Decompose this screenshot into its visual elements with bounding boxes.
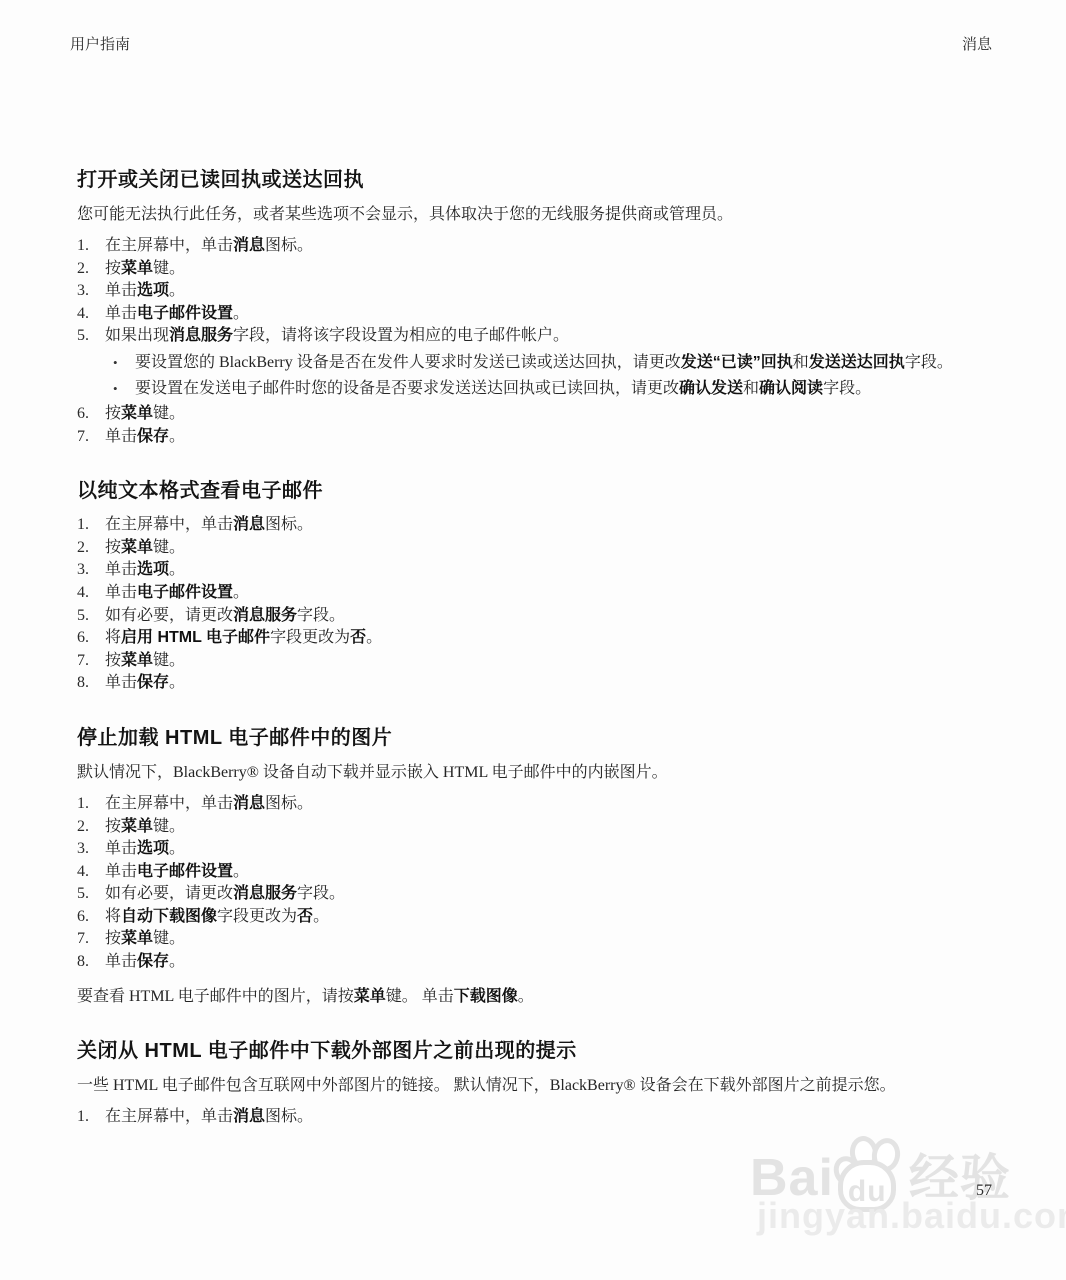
list-item-number: 4. xyxy=(77,582,105,605)
list-item-number: 2. xyxy=(77,537,105,560)
list-item-text: 单击电子邮件设置。 xyxy=(105,861,1009,884)
list-item: 5.如有必要，请更改消息服务字段。 xyxy=(77,605,1009,628)
bold-term: 菜单 xyxy=(121,260,153,277)
text-run: 单击 xyxy=(105,282,137,299)
list-item: 2.按菜单键。 xyxy=(77,258,1009,281)
list-item-text: 单击保存。 xyxy=(105,672,1009,695)
text-run: 单击 xyxy=(105,561,137,578)
bold-term: 保存 xyxy=(137,953,169,970)
bold-term: 消息 xyxy=(233,237,265,254)
bold-term: 菜单 xyxy=(354,988,386,1005)
list-item: 6.按菜单键。 xyxy=(77,403,1009,426)
section-note: 要查看 HTML 电子邮件中的图片，请按菜单键。 单击下载图像。 xyxy=(77,985,1009,1008)
list-item-text: 在主屏幕中，单击消息图标。 xyxy=(105,1106,1009,1129)
section-title: 关闭从 HTML 电子邮件中下载外部图片之前出现的提示 xyxy=(77,1038,1009,1065)
list-item-text: 在主屏幕中，单击消息图标。 xyxy=(105,514,1009,537)
text-run: 单击 xyxy=(105,863,137,880)
list-item-text: 按菜单键。 xyxy=(105,537,1009,560)
text-run: 一些 HTML 电子邮件包含互联网中外部图片的链接。 默认情况下，BlackBe… xyxy=(77,1077,896,1094)
page-header: 用户指南 消息 xyxy=(70,33,992,54)
section: 打开或关闭已读回执或送达回执您可能无法执行此任务，或者某些选项不会显示，具体取决… xyxy=(77,167,1009,448)
list-item-number: 6. xyxy=(77,906,105,929)
list-item: 2.按菜单键。 xyxy=(77,816,1009,839)
bold-term: 保存 xyxy=(137,674,169,691)
numbered-list: 1.在主屏幕中，单击消息图标。2.按菜单键。3.单击选项。4.单击电子邮件设置。… xyxy=(77,514,1009,695)
text-run: 在主屏幕中，单击 xyxy=(105,516,233,533)
list-item-text: 单击选项。 xyxy=(105,280,1009,303)
bullet-item: •要设置您的 BlackBerry 设备是否在发件人要求时发送已读或送达回执，请… xyxy=(77,351,1009,374)
numbered-list: 1.在主屏幕中，单击消息图标。2.按菜单键。3.单击选项。4.单击电子邮件设置。… xyxy=(77,235,1009,448)
bullet-item: •要设置在发送电子邮件时您的设备是否要求发送送达回执或已读回执，请更改确认发送和… xyxy=(77,377,1009,400)
bold-term: 消息 xyxy=(233,1108,265,1125)
list-item: 3.单击选项。 xyxy=(77,838,1009,861)
bold-term: 选项 xyxy=(137,561,169,578)
bold-term: 否 xyxy=(297,908,313,925)
bold-term: 菜单 xyxy=(121,930,153,947)
text-run: 将 xyxy=(105,908,121,925)
text-run: 单击 xyxy=(105,840,137,857)
list-item-number: 4. xyxy=(77,303,105,326)
text-run: 。 xyxy=(169,674,185,691)
list-item: 1.在主屏幕中，单击消息图标。 xyxy=(77,793,1009,816)
header-guide-title: 用户指南 xyxy=(70,33,130,54)
bold-term: 选项 xyxy=(137,282,169,299)
text-run: 您可能无法执行此任务，或者某些选项不会显示，具体取决于您的无线服务提供商或管理员… xyxy=(77,206,733,223)
list-item: 3.单击选项。 xyxy=(77,280,1009,303)
list-item: 7.按菜单键。 xyxy=(77,650,1009,673)
list-item-number: 3. xyxy=(77,280,105,303)
text-run: 字段更改为 xyxy=(270,629,350,646)
bold-term: 菜单 xyxy=(121,818,153,835)
text-run: 默认情况下，BlackBerry® 设备自动下载并显示嵌入 HTML 电子邮件中… xyxy=(77,764,668,781)
text-run: 键。 xyxy=(153,652,185,669)
bold-term: 菜单 xyxy=(121,405,153,422)
list-item: 4.单击电子邮件设置。 xyxy=(77,582,1009,605)
list-item-number: 7. xyxy=(77,928,105,951)
text-run: 键。 xyxy=(153,818,185,835)
list-item-text: 如果出现消息服务字段，请将该字段设置为相应的电子邮件帐户。 xyxy=(105,325,1009,348)
text-run: 键。 xyxy=(153,405,185,422)
bold-term: 否 xyxy=(350,629,366,646)
list-item: 5.如有必要，请更改消息服务字段。 xyxy=(77,883,1009,906)
list-item-text: 单击电子邮件设置。 xyxy=(105,303,1009,326)
section-title: 以纯文本格式查看电子邮件 xyxy=(77,478,1009,505)
text-run: 和 xyxy=(793,354,809,371)
list-item-number: 7. xyxy=(77,650,105,673)
text-run: 。 xyxy=(366,629,382,646)
section-intro: 您可能无法执行此任务，或者某些选项不会显示，具体取决于您的无线服务提供商或管理员… xyxy=(77,203,1009,226)
list-item-number: 1. xyxy=(77,1106,105,1129)
bullet-item-text: 要设置在发送电子邮件时您的设备是否要求发送送达回执或已读回执，请更改确认发送和确… xyxy=(135,377,1009,400)
list-item-text: 单击保存。 xyxy=(105,426,1009,449)
text-run: 。 xyxy=(169,840,185,857)
text-run: 按 xyxy=(105,930,121,947)
section-title: 停止加载 HTML 电子邮件中的图片 xyxy=(77,725,1009,752)
list-item-text: 单击选项。 xyxy=(105,559,1009,582)
text-run: 如果出现 xyxy=(105,327,169,344)
bold-term: 选项 xyxy=(137,840,169,857)
bold-term: 确认阅读 xyxy=(759,380,823,397)
list-item-number: 1. xyxy=(77,235,105,258)
bold-term: 消息 xyxy=(233,516,265,533)
list-item-number: 5. xyxy=(77,605,105,628)
text-run: 如有必要，请更改 xyxy=(105,607,233,624)
list-item-number: 5. xyxy=(77,883,105,906)
text-run: 。 xyxy=(169,428,185,445)
bold-term: 保存 xyxy=(137,428,169,445)
text-run: 字段更改为 xyxy=(217,908,297,925)
list-item-text: 将启用 HTML 电子邮件字段更改为否。 xyxy=(105,627,1009,650)
text-run: 键。 单击 xyxy=(386,988,454,1005)
bold-term: 启用 HTML 电子邮件 xyxy=(121,629,270,646)
list-item-text: 单击电子邮件设置。 xyxy=(105,582,1009,605)
list-item-text: 按菜单键。 xyxy=(105,403,1009,426)
text-run: 字段。 xyxy=(823,380,871,397)
bold-term: 菜单 xyxy=(121,539,153,556)
numbered-list: 1.在主屏幕中，单击消息图标。 xyxy=(77,1106,1009,1129)
list-item-number: 5. xyxy=(77,325,105,348)
list-item-text: 按菜单键。 xyxy=(105,258,1009,281)
bold-term: 发送送达回执 xyxy=(809,354,905,371)
list-item-number: 6. xyxy=(77,627,105,650)
list-item: 2.按菜单键。 xyxy=(77,537,1009,560)
text-run: 要设置在发送电子邮件时您的设备是否要求发送送达回执或已读回执，请更改 xyxy=(135,380,679,397)
bullet-icon: • xyxy=(113,377,135,400)
section: 以纯文本格式查看电子邮件1.在主屏幕中，单击消息图标。2.按菜单键。3.单击选项… xyxy=(77,478,1009,695)
header-chapter-title: 消息 xyxy=(962,33,992,54)
list-item: 7.单击保存。 xyxy=(77,426,1009,449)
section: 停止加载 HTML 电子邮件中的图片默认情况下，BlackBerry® 设备自动… xyxy=(77,725,1009,1008)
bold-term: 消息 xyxy=(233,795,265,812)
text-run: 键。 xyxy=(153,539,185,556)
bold-term: 菜单 xyxy=(121,652,153,669)
text-run: 在主屏幕中，单击 xyxy=(105,795,233,812)
list-item-number: 7. xyxy=(77,426,105,449)
list-item-number: 2. xyxy=(77,816,105,839)
section-intro: 一些 HTML 电子邮件包含互联网中外部图片的链接。 默认情况下，BlackBe… xyxy=(77,1074,1009,1097)
text-run: 键。 xyxy=(153,260,185,277)
bold-term: 电子邮件设置 xyxy=(137,584,233,601)
list-item-number: 3. xyxy=(77,838,105,861)
list-item-text: 在主屏幕中，单击消息图标。 xyxy=(105,235,1009,258)
text-run: 按 xyxy=(105,652,121,669)
list-item-text: 按菜单键。 xyxy=(105,816,1009,839)
list-item: 4.单击电子邮件设置。 xyxy=(77,303,1009,326)
section-intro: 默认情况下，BlackBerry® 设备自动下载并显示嵌入 HTML 电子邮件中… xyxy=(77,761,1009,784)
list-item: 1.在主屏幕中，单击消息图标。 xyxy=(77,235,1009,258)
list-item-number: 8. xyxy=(77,951,105,974)
text-run: 字段。 xyxy=(905,354,953,371)
list-item: 4.单击电子邮件设置。 xyxy=(77,861,1009,884)
list-item: 7.按菜单键。 xyxy=(77,928,1009,951)
text-run: 图标。 xyxy=(265,237,313,254)
list-item: 6.将启用 HTML 电子邮件字段更改为否。 xyxy=(77,627,1009,650)
text-run: 在主屏幕中，单击 xyxy=(105,237,233,254)
list-item: 8.单击保存。 xyxy=(77,672,1009,695)
text-run: 。 xyxy=(169,282,185,299)
list-item-number: 3. xyxy=(77,559,105,582)
bullet-item-text: 要设置您的 BlackBerry 设备是否在发件人要求时发送已读或送达回执，请更… xyxy=(135,351,1009,374)
list-item-text: 按菜单键。 xyxy=(105,928,1009,951)
bullet-icon: • xyxy=(113,351,135,374)
list-item-text: 单击保存。 xyxy=(105,951,1009,974)
text-run: 图标。 xyxy=(265,516,313,533)
text-run: 。 xyxy=(518,988,534,1005)
text-run: 。 xyxy=(233,305,249,322)
text-run: 。 xyxy=(233,863,249,880)
text-run: 如有必要，请更改 xyxy=(105,885,233,902)
numbered-list: 1.在主屏幕中，单击消息图标。2.按菜单键。3.单击选项。4.单击电子邮件设置。… xyxy=(77,793,1009,974)
text-run: 单击 xyxy=(105,428,137,445)
bold-term: 消息服务 xyxy=(169,327,233,344)
text-run: 按 xyxy=(105,405,121,422)
list-item-number: 1. xyxy=(77,793,105,816)
list-item: 3.单击选项。 xyxy=(77,559,1009,582)
list-item: 6.将自动下载图像字段更改为否。 xyxy=(77,906,1009,929)
list-item-text: 在主屏幕中，单击消息图标。 xyxy=(105,793,1009,816)
text-run: 按 xyxy=(105,818,121,835)
section-title: 打开或关闭已读回执或送达回执 xyxy=(77,167,1009,194)
text-run: 图标。 xyxy=(265,1108,313,1125)
list-item: 5.如果出现消息服务字段，请将该字段设置为相应的电子邮件帐户。 xyxy=(77,325,1009,348)
text-run: 。 xyxy=(169,561,185,578)
bold-term: 发送“已读”回执 xyxy=(681,354,793,371)
watermark-url: jingyan.baidu.com xyxy=(757,1196,1066,1236)
list-item-text: 如有必要，请更改消息服务字段。 xyxy=(105,605,1009,628)
text-run: 。 xyxy=(313,908,329,925)
list-item: 1.在主屏幕中，单击消息图标。 xyxy=(77,1106,1009,1129)
text-run: 键。 xyxy=(153,930,185,947)
bold-term: 电子邮件设置 xyxy=(137,863,233,880)
content: 打开或关闭已读回执或送达回执您可能无法执行此任务，或者某些选项不会显示，具体取决… xyxy=(77,167,1009,1128)
bold-term: 确认发送 xyxy=(679,380,743,397)
list-item-number: 8. xyxy=(77,672,105,695)
list-item-number: 1. xyxy=(77,514,105,537)
text-run: 按 xyxy=(105,539,121,556)
text-run: 图标。 xyxy=(265,795,313,812)
list-item-number: 6. xyxy=(77,403,105,426)
list-item-number: 2. xyxy=(77,258,105,281)
text-run: 按 xyxy=(105,260,121,277)
list-item: 8.单击保存。 xyxy=(77,951,1009,974)
text-run: 要查看 HTML 电子邮件中的图片，请按 xyxy=(77,988,354,1005)
text-run: 单击 xyxy=(105,305,137,322)
text-run: 将 xyxy=(105,629,121,646)
list-item-text: 按菜单键。 xyxy=(105,650,1009,673)
text-run: 字段。 xyxy=(297,607,345,624)
text-run: 字段。 xyxy=(297,885,345,902)
text-run: 单击 xyxy=(105,953,137,970)
list-item-text: 单击选项。 xyxy=(105,838,1009,861)
text-run: 在主屏幕中，单击 xyxy=(105,1108,233,1125)
section: 关闭从 HTML 电子邮件中下载外部图片之前出现的提示一些 HTML 电子邮件包… xyxy=(77,1038,1009,1129)
page-number: 57 xyxy=(976,1182,992,1200)
bold-term: 消息服务 xyxy=(233,885,297,902)
text-run: 和 xyxy=(743,380,759,397)
bold-term: 下载图像 xyxy=(454,988,518,1005)
list-item-text: 将自动下载图像字段更改为否。 xyxy=(105,906,1009,929)
bold-term: 消息服务 xyxy=(233,607,297,624)
text-run: 。 xyxy=(169,953,185,970)
text-run: 要设置您的 BlackBerry 设备是否在发件人要求时发送已读或送达回执，请更… xyxy=(135,354,681,371)
text-run: 字段，请将该字段设置为相应的电子邮件帐户。 xyxy=(233,327,569,344)
text-run: 单击 xyxy=(105,674,137,691)
bold-term: 自动下载图像 xyxy=(121,908,217,925)
list-item-number: 4. xyxy=(77,861,105,884)
text-run: 单击 xyxy=(105,584,137,601)
text-run: 。 xyxy=(233,584,249,601)
list-item: 1.在主屏幕中，单击消息图标。 xyxy=(77,514,1009,537)
list-item-text: 如有必要，请更改消息服务字段。 xyxy=(105,883,1009,906)
bold-term: 电子邮件设置 xyxy=(137,305,233,322)
